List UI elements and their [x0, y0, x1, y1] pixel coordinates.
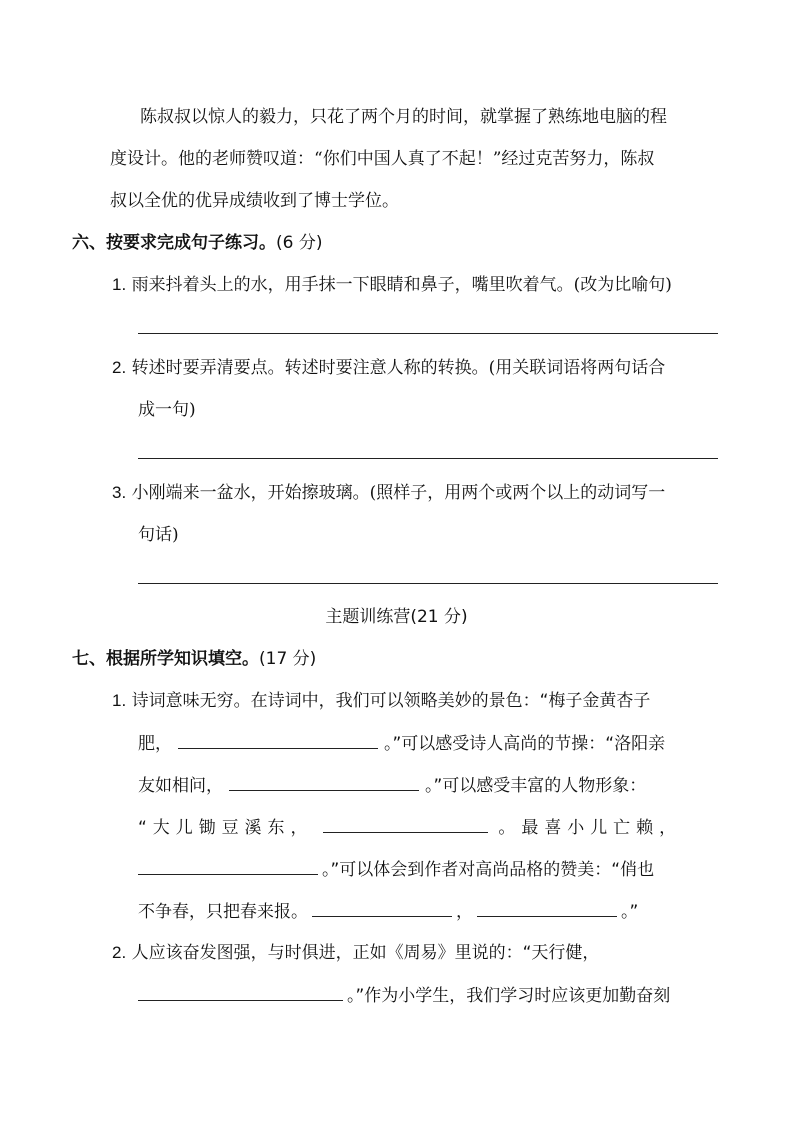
section-7-heading: 七、根据所学知识填空。(17 分) [72, 648, 316, 670]
section-6-heading: 六、按要求完成句子练习。(6 分) [72, 232, 322, 254]
question-7-1-line-1: 1. 诗词意味无穷。在诗词中，我们可以领略美妙的景色：“梅子金黄杏子 [112, 690, 650, 712]
fill-blank-7[interactable] [138, 984, 343, 1001]
text: 。”可以体会到作者对高尚品格的赞美：“俏也 [322, 860, 654, 880]
fill-blank-6[interactable] [477, 900, 617, 917]
question-7-1-line-2: 肥，。”可以感受诗人高尚的节操：“洛阳亲 [138, 732, 665, 755]
text: 不争春，只把春来报。 [138, 902, 308, 922]
question-instruction: (用关联词语将两句话合 [489, 358, 666, 378]
question-7-1-line-3: 友如相问，。”可以感受丰富的人物形象： [138, 774, 646, 797]
question-instruction-cont: 成一句) [138, 399, 196, 421]
text: 。”可以感受诗人高尚的节操：“洛阳亲 [384, 734, 665, 754]
text: 肥， [138, 734, 172, 754]
question-7-1-line-6: 不争春，只把春来报。，。” [138, 900, 638, 923]
question-7-1-line-5: 。”可以体会到作者对高尚品格的赞美：“俏也 [138, 858, 654, 881]
section-6-title: 六、按要求完成句子练习。 [72, 233, 276, 253]
question-instruction: (照样子，用两个或两个以上的动词写一 [370, 483, 666, 503]
question-text: 人应该奋发图强，与时俱进，正如《周易》里说的：“天行健， [132, 943, 600, 963]
section-7-title: 七、根据所学知识填空。 [72, 649, 259, 669]
passage-line-1: 陈叔叔以惊人的毅力，只花了两个月的时间，就掌握了熟练地电脑的程 [140, 106, 667, 128]
question-number: 2. [112, 358, 126, 377]
section-7-score: (17 分) [259, 649, 316, 669]
question-7-2-line-2: 。”作为小学生，我们学习时应该更加勤奋刻 [138, 984, 670, 1007]
question-text: 转述时要弄清要点。转述时要注意人称的转换。 [132, 358, 489, 378]
question-number: 1. [112, 691, 126, 710]
text: 友如相问， [138, 776, 223, 796]
answer-line-6-2[interactable] [138, 458, 718, 459]
question-number: 3. [112, 483, 126, 502]
question-7-1-line-4: “大儿锄豆溪东，。最喜小儿亡赖， [138, 816, 682, 839]
question-6-3: 3. 小刚端来一盆水，开始擦玻璃。(照样子，用两个或两个以上的动词写一 [112, 482, 665, 504]
text: 。最喜小儿亡赖， [498, 818, 682, 838]
text: 。” [621, 902, 638, 922]
question-7-2-line-1: 2. 人应该奋发图强，与时俱进，正如《周易》里说的：“天行健， [112, 942, 599, 964]
question-instruction: (改为比喻句) [574, 275, 672, 295]
passage-line-2: 度设计。他的老师赞叹道：“你们中国人真了不起！”经过克苦努力，陈叔 [110, 148, 654, 170]
question-text: 雨来抖着头上的水，用手抹一下眼睛和鼻子，嘴里吹着气。 [132, 275, 574, 295]
fill-blank-3[interactable] [323, 816, 488, 833]
question-6-1: 1. 雨来抖着头上的水，用手抹一下眼睛和鼻子，嘴里吹着气。(改为比喻句) [112, 274, 672, 296]
section-6-score: (6 分) [276, 233, 322, 253]
fill-blank-5[interactable] [312, 900, 452, 917]
fill-blank-4[interactable] [138, 858, 318, 875]
fill-blank-1[interactable] [178, 732, 378, 749]
text: 。”可以感受丰富的人物形象： [425, 776, 646, 796]
passage-line-3: 叔以全优的优异成绩收到了博士学位。 [110, 190, 399, 212]
question-number: 1. [112, 275, 126, 294]
question-text: 诗词意味无穷。在诗词中，我们可以领略美妙的景色：“梅子金黄杏子 [132, 691, 651, 711]
text: 。”作为小学生，我们学习时应该更加勤奋刻 [347, 986, 670, 1006]
answer-line-6-1[interactable] [138, 333, 718, 334]
question-text: 小刚端来一盆水，开始擦玻璃。 [132, 483, 370, 503]
theme-title: 主题训练营(21 分) [0, 606, 793, 628]
question-6-2: 2. 转述时要弄清要点。转述时要注意人称的转换。(用关联词语将两句话合 [112, 357, 665, 379]
fill-blank-2[interactable] [229, 774, 419, 791]
question-number: 2. [112, 943, 126, 962]
question-instruction-cont: 句话) [138, 524, 179, 546]
text: “大儿锄豆溪东， [138, 818, 313, 838]
answer-line-6-3[interactable] [138, 583, 718, 584]
text: ， [456, 902, 473, 922]
